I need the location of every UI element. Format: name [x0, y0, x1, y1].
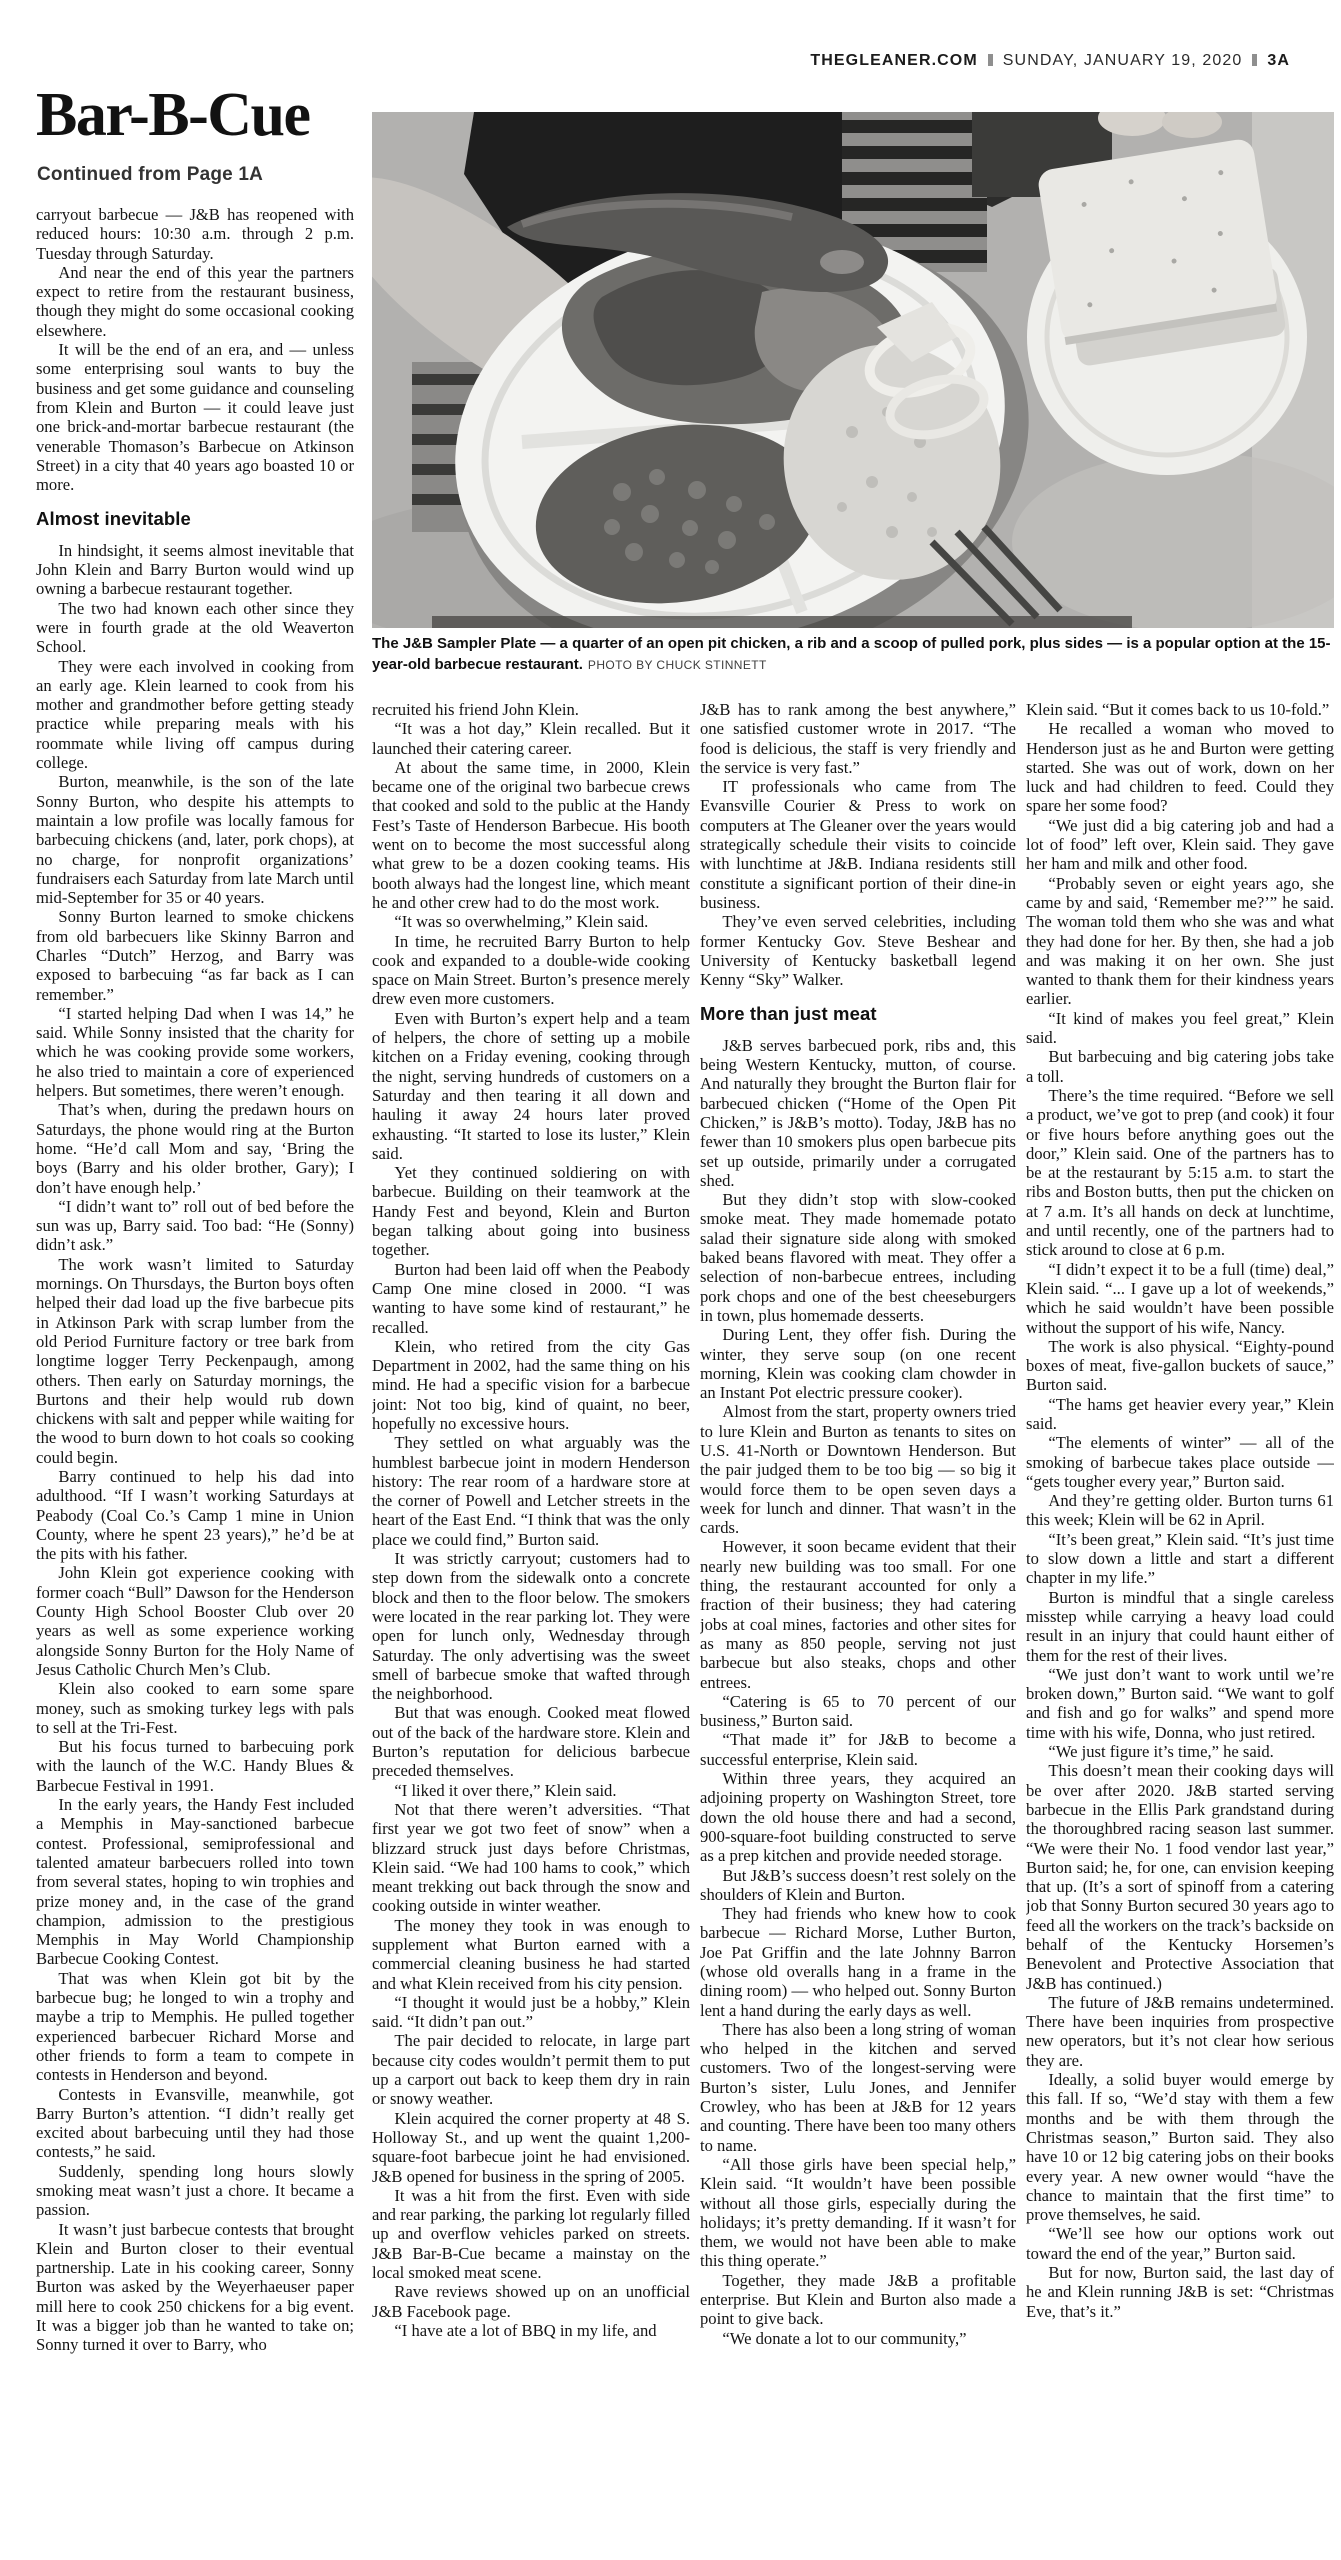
- body-paragraph: “Probably seven or eight years ago, she …: [1026, 874, 1334, 1009]
- body-paragraph: Contests in Evansville, meanwhile, got B…: [36, 2085, 354, 2162]
- body-paragraph: Together, they made J&B a profitable ent…: [700, 2271, 1016, 2329]
- body-paragraph: But barbecuing and big catering jobs tak…: [1026, 1047, 1334, 1086]
- body-paragraph: The future of J&B remains undetermined. …: [1026, 1993, 1334, 2070]
- body-paragraph: The pair decided to relocate, in large p…: [372, 2031, 690, 2108]
- separator-bar-icon: [1252, 54, 1257, 66]
- body-paragraph: However, it soon became evident that the…: [700, 1537, 1016, 1691]
- body-paragraph: And they’re getting older. Burton turns …: [1026, 1491, 1334, 1530]
- body-paragraph: Suddenly, spending long hours slowly smo…: [36, 2162, 354, 2220]
- body-paragraph: Burton had been laid off when the Peabod…: [372, 1260, 690, 1337]
- body-paragraph: But that was enough. Cooked meat flowed …: [372, 1703, 690, 1780]
- body-paragraph: Almost from the start, property owners t…: [700, 1402, 1016, 1537]
- body-paragraph: Klein also cooked to earn some spare mon…: [36, 1679, 354, 1737]
- masthead-date: SUNDAY, JANUARY 19, 2020: [1003, 52, 1243, 69]
- body-paragraph: But J&B’s success doesn’t rest solely on…: [700, 1866, 1016, 1905]
- body-paragraph: “We just did a big catering job and had …: [1026, 816, 1334, 874]
- body-paragraph: This doesn’t mean their cooking days wil…: [1026, 1761, 1334, 1993]
- body-paragraph: He recalled a woman who moved to Henders…: [1026, 719, 1334, 815]
- body-paragraph: recruited his friend John Klein.: [372, 700, 690, 719]
- body-paragraph: “All those girls have been special help,…: [700, 2155, 1016, 2271]
- section-subhead: More than just meat: [700, 1004, 1016, 1023]
- photo-caption-text: The J&B Sampler Plate — a quarter of an …: [372, 635, 1331, 673]
- body-paragraph: It was a hit from the first. Even with s…: [372, 2186, 690, 2282]
- body-paragraph: “We’ll see how our options work out towa…: [1026, 2224, 1334, 2263]
- separator-bar-icon: [988, 54, 993, 66]
- body-paragraph: There’s the time required. “Before we se…: [1026, 1086, 1334, 1260]
- body-paragraph: J&B serves barbecued pork, ribs and, thi…: [700, 1036, 1016, 1190]
- body-paragraph: Klein acquired the corner property at 48…: [372, 2109, 690, 2186]
- body-paragraph: “It was so overwhelming,” Klein said.: [372, 912, 690, 931]
- body-paragraph: “We just don’t want to work until we’re …: [1026, 1665, 1334, 1742]
- article-column-3: J&B has to rank among the best anywhere,…: [700, 700, 1016, 2506]
- body-paragraph: That was when Klein got bit by the barbe…: [36, 1969, 354, 2085]
- body-paragraph: Not that there weren’t adversities. “Tha…: [372, 1800, 690, 1916]
- body-paragraph: It wasn’t just barbecue contests that br…: [36, 2220, 354, 2355]
- photo-caption: The J&B Sampler Plate — a quarter of an …: [372, 633, 1334, 676]
- section-subhead: Almost inevitable: [36, 509, 354, 528]
- body-paragraph: It will be the end of an era, and — unle…: [36, 340, 354, 494]
- body-paragraph: “The hams get heavier every year,” Klein…: [1026, 1395, 1334, 1434]
- body-paragraph: Rave reviews showed up on an unofficial …: [372, 2282, 690, 2321]
- body-paragraph: In time, he recruited Barry Burton to he…: [372, 932, 690, 1009]
- article-column-2: recruited his friend John Klein.“It was …: [372, 700, 690, 2506]
- body-paragraph: They were each involved in cooking from …: [36, 657, 354, 773]
- barbecue-plate-photo: [372, 112, 1334, 628]
- article-column-1: carryout barbecue — J&B has reopened wit…: [36, 205, 354, 2507]
- body-paragraph: They had friends who knew how to cook ba…: [700, 1904, 1016, 2020]
- body-paragraph: They settled on what arguably was the hu…: [372, 1433, 690, 1549]
- body-paragraph: “I thought it would just be a hobby,” Kl…: [372, 1993, 690, 2032]
- body-paragraph: “I didn’t want to” roll out of bed befor…: [36, 1197, 354, 1255]
- body-paragraph: Within three years, they acquired an adj…: [700, 1769, 1016, 1865]
- body-paragraph: Barry continued to help his dad into adu…: [36, 1467, 354, 1563]
- body-paragraph: “Catering is 65 to 70 percent of our bus…: [700, 1692, 1016, 1731]
- article-column-4: Klein said. “But it comes back to us 10-…: [1026, 700, 1334, 2506]
- body-paragraph: In hindsight, it seems almost inevitable…: [36, 541, 354, 599]
- body-paragraph: In the early years, the Handy Fest inclu…: [36, 1795, 354, 1969]
- article-photo: [372, 112, 1334, 628]
- body-paragraph: The two had known each other since they …: [36, 599, 354, 657]
- body-paragraph: “I liked it over there,” Klein said.: [372, 1781, 690, 1800]
- article-headline: Bar-B-Cue: [36, 84, 310, 146]
- masthead-site: THEGLEANER.COM: [810, 52, 977, 69]
- body-paragraph: “It was a hot day,” Klein recalled. But …: [372, 719, 690, 758]
- body-paragraph: John Klein got experience cooking with f…: [36, 1563, 354, 1679]
- body-paragraph: Yet they continued soldiering on with ba…: [372, 1163, 690, 1259]
- masthead: THEGLEANER.COMSUNDAY, JANUARY 19, 20203A: [810, 52, 1290, 70]
- body-paragraph: “I have ate a lot of BBQ in my life, and: [372, 2321, 690, 2340]
- body-paragraph: But for now, Burton said, the last day o…: [1026, 2263, 1334, 2321]
- body-paragraph: Burton is mindful that a single careless…: [1026, 1588, 1334, 1665]
- body-paragraph: “We just figure it’s time,” he said.: [1026, 1742, 1334, 1761]
- body-paragraph: But his focus turned to barbecuing pork …: [36, 1737, 354, 1795]
- body-paragraph: “The elements of winter” — all of the sm…: [1026, 1433, 1334, 1491]
- body-paragraph: J&B has to rank among the best anywhere,…: [700, 700, 1016, 777]
- photo-credit: PHOTO BY CHUCK STINNETT: [588, 658, 767, 672]
- body-paragraph: Even with Burton’s expert help and a tea…: [372, 1009, 690, 1163]
- body-paragraph: Klein, who retired from the city Gas Dep…: [372, 1337, 690, 1433]
- body-paragraph: “That made it” for J&B to become a succe…: [700, 1730, 1016, 1769]
- body-paragraph: Klein said. “But it comes back to us 10-…: [1026, 700, 1334, 719]
- body-paragraph: There has also been a long string of wom…: [700, 2020, 1016, 2155]
- body-paragraph: “I didn’t expect it to be a full (time) …: [1026, 1260, 1334, 1337]
- body-paragraph: “We donate a lot to our community,”: [700, 2329, 1016, 2348]
- body-paragraph: carryout barbecue — J&B has reopened wit…: [36, 205, 354, 263]
- body-paragraph: “It kind of makes you feel great,” Klein…: [1026, 1009, 1334, 1048]
- body-paragraph: Ideally, a solid buyer would emerge by t…: [1026, 2070, 1334, 2224]
- body-paragraph: At about the same time, in 2000, Klein b…: [372, 758, 690, 912]
- body-paragraph: It was strictly carryout; customers had …: [372, 1549, 690, 1703]
- body-paragraph: IT professionals who came from The Evans…: [700, 777, 1016, 912]
- continued-from-line: Continued from Page 1A: [37, 164, 263, 186]
- body-paragraph: And near the end of this year the partne…: [36, 263, 354, 340]
- body-paragraph: That’s when, during the predawn hours on…: [36, 1100, 354, 1196]
- body-paragraph: But they didn’t stop with slow-cooked sm…: [700, 1190, 1016, 1325]
- body-paragraph: During Lent, they offer fish. During the…: [700, 1325, 1016, 1402]
- body-paragraph: The work is also physical. “Eighty-pound…: [1026, 1337, 1334, 1395]
- body-paragraph: “It’s been great,” Klein said. “It’s jus…: [1026, 1530, 1334, 1588]
- masthead-page-number: 3A: [1267, 52, 1290, 69]
- body-paragraph: Burton, meanwhile, is the son of the lat…: [36, 772, 354, 907]
- body-paragraph: The money they took in was enough to sup…: [372, 1916, 690, 1993]
- body-paragraph: “I started helping Dad when I was 14,” h…: [36, 1004, 354, 1100]
- body-paragraph: They’ve even served celebrities, includi…: [700, 912, 1016, 989]
- body-paragraph: The work wasn’t limited to Saturday morn…: [36, 1255, 354, 1467]
- body-paragraph: Sonny Burton learned to smoke chickens f…: [36, 907, 354, 1003]
